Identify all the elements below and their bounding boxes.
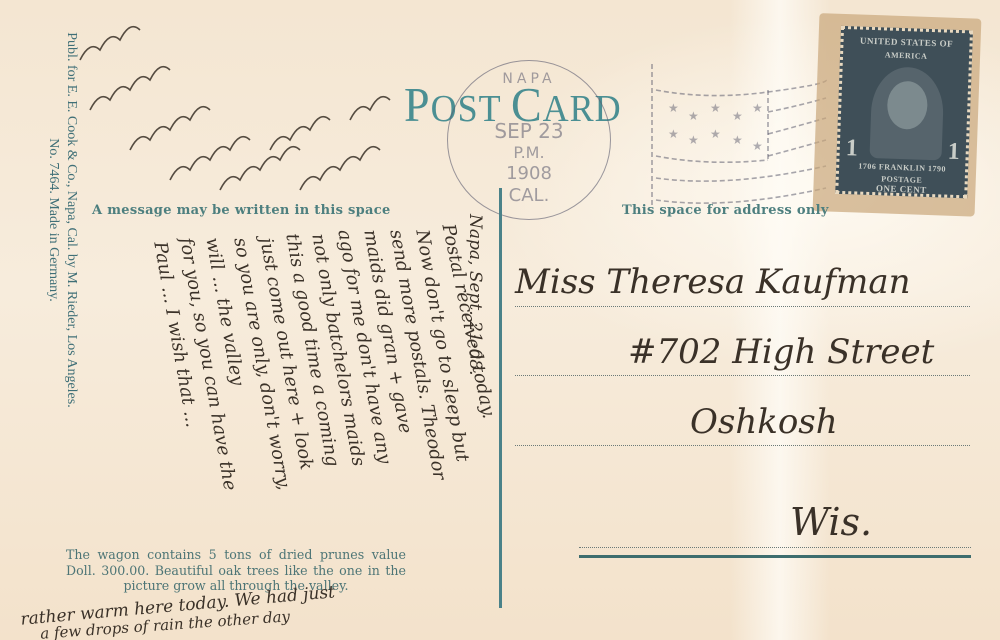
address-recipient: Miss Theresa Kaufman xyxy=(515,262,911,302)
svg-text:★: ★ xyxy=(668,127,679,141)
flag-cancellation-icon: ★★★★★ ★★★★★ xyxy=(648,60,828,210)
message-area-label: A message may be written in this space xyxy=(92,203,391,218)
address-area-label: This space for address only xyxy=(622,203,829,218)
publisher-line-2: No. 7464. Made in Germany. xyxy=(44,20,62,420)
center-divider xyxy=(499,188,502,608)
postage-stamp: UNITED STATES OF AMERICA 1 1 1706 FRANKL… xyxy=(823,17,980,212)
address-line-4 xyxy=(579,547,971,548)
postmark-icon: NAPA SEP 23 P.M. 1908 CAL. xyxy=(447,60,611,220)
address-line-3 xyxy=(515,445,970,446)
postmark-time: P.M. xyxy=(448,143,610,162)
address-line-1 xyxy=(515,306,970,307)
portrait-head-icon xyxy=(887,81,929,130)
stamp-denomination-left: 1 xyxy=(845,135,858,162)
stamp-top-text: UNITED STATES OF xyxy=(843,35,969,49)
postcard: Publ. for E. E. Cook & Co., Napa, Cal. b… xyxy=(0,0,1000,640)
address-baseline xyxy=(579,555,971,558)
address-street: #702 High Street xyxy=(628,332,934,372)
stamp-face: UNITED STATES OF AMERICA 1 1 1706 FRANKL… xyxy=(835,26,973,199)
stamp-country: AMERICA xyxy=(843,49,969,62)
svg-text:★: ★ xyxy=(710,127,721,141)
postmark-town: NAPA xyxy=(448,71,610,87)
svg-text:★: ★ xyxy=(732,133,743,147)
stamp-denomination-right: 1 xyxy=(947,139,960,166)
address-city: Oshkosh xyxy=(690,402,838,442)
svg-text:★: ★ xyxy=(710,101,721,115)
franklin-portrait-icon xyxy=(869,66,944,160)
postmark-state: CAL. xyxy=(448,185,610,206)
address-state: Wis. xyxy=(790,500,872,544)
photo-caption: The wagon contains 5 tons of dried prune… xyxy=(66,547,406,594)
svg-text:★: ★ xyxy=(688,109,699,123)
handwriting-scribble-icon xyxy=(70,0,400,200)
postmark-year: 1908 xyxy=(448,163,610,184)
svg-text:★: ★ xyxy=(688,133,699,147)
svg-text:★: ★ xyxy=(668,101,679,115)
svg-text:★: ★ xyxy=(752,101,763,115)
svg-text:★: ★ xyxy=(752,139,763,153)
postmark-date: SEP 23 xyxy=(448,119,610,143)
address-line-2 xyxy=(515,375,970,376)
svg-text:★: ★ xyxy=(732,109,743,123)
